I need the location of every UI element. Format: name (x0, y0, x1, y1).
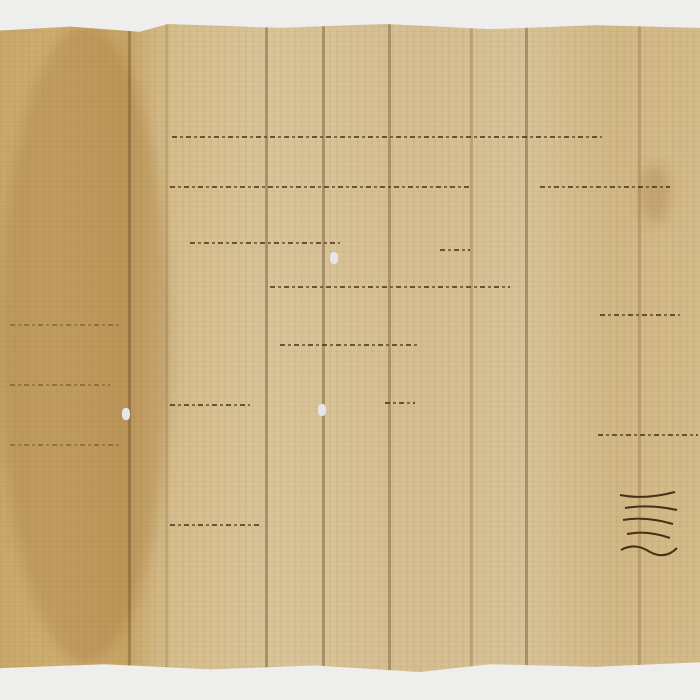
fold-seam (165, 24, 168, 672)
text-line (540, 186, 670, 188)
signature-flourish (615, 490, 685, 570)
fold-seam (322, 24, 325, 672)
fold-seam (388, 24, 391, 672)
text-line (10, 444, 120, 446)
text-line (440, 249, 470, 251)
text-line (600, 314, 680, 316)
text-line (270, 286, 510, 288)
text-line (170, 524, 260, 526)
fold-seam (470, 24, 473, 672)
papyrus-hole (330, 252, 338, 264)
fold-seam (638, 24, 641, 672)
fold-seam (128, 24, 131, 672)
papyrus-sheet (0, 24, 700, 672)
text-line (170, 186, 470, 188)
text-line (190, 242, 340, 244)
text-line (280, 344, 420, 346)
stain (0, 24, 170, 664)
papyrus-hole (318, 404, 326, 416)
text-line (385, 402, 415, 404)
text-line (598, 434, 698, 436)
fold-seam (525, 24, 528, 672)
text-line (10, 384, 110, 386)
text-line (170, 404, 250, 406)
papyrus-hole (122, 408, 130, 420)
fold-seam (265, 24, 268, 672)
text-line (172, 136, 602, 138)
text-line (10, 324, 120, 326)
stain (640, 164, 670, 224)
